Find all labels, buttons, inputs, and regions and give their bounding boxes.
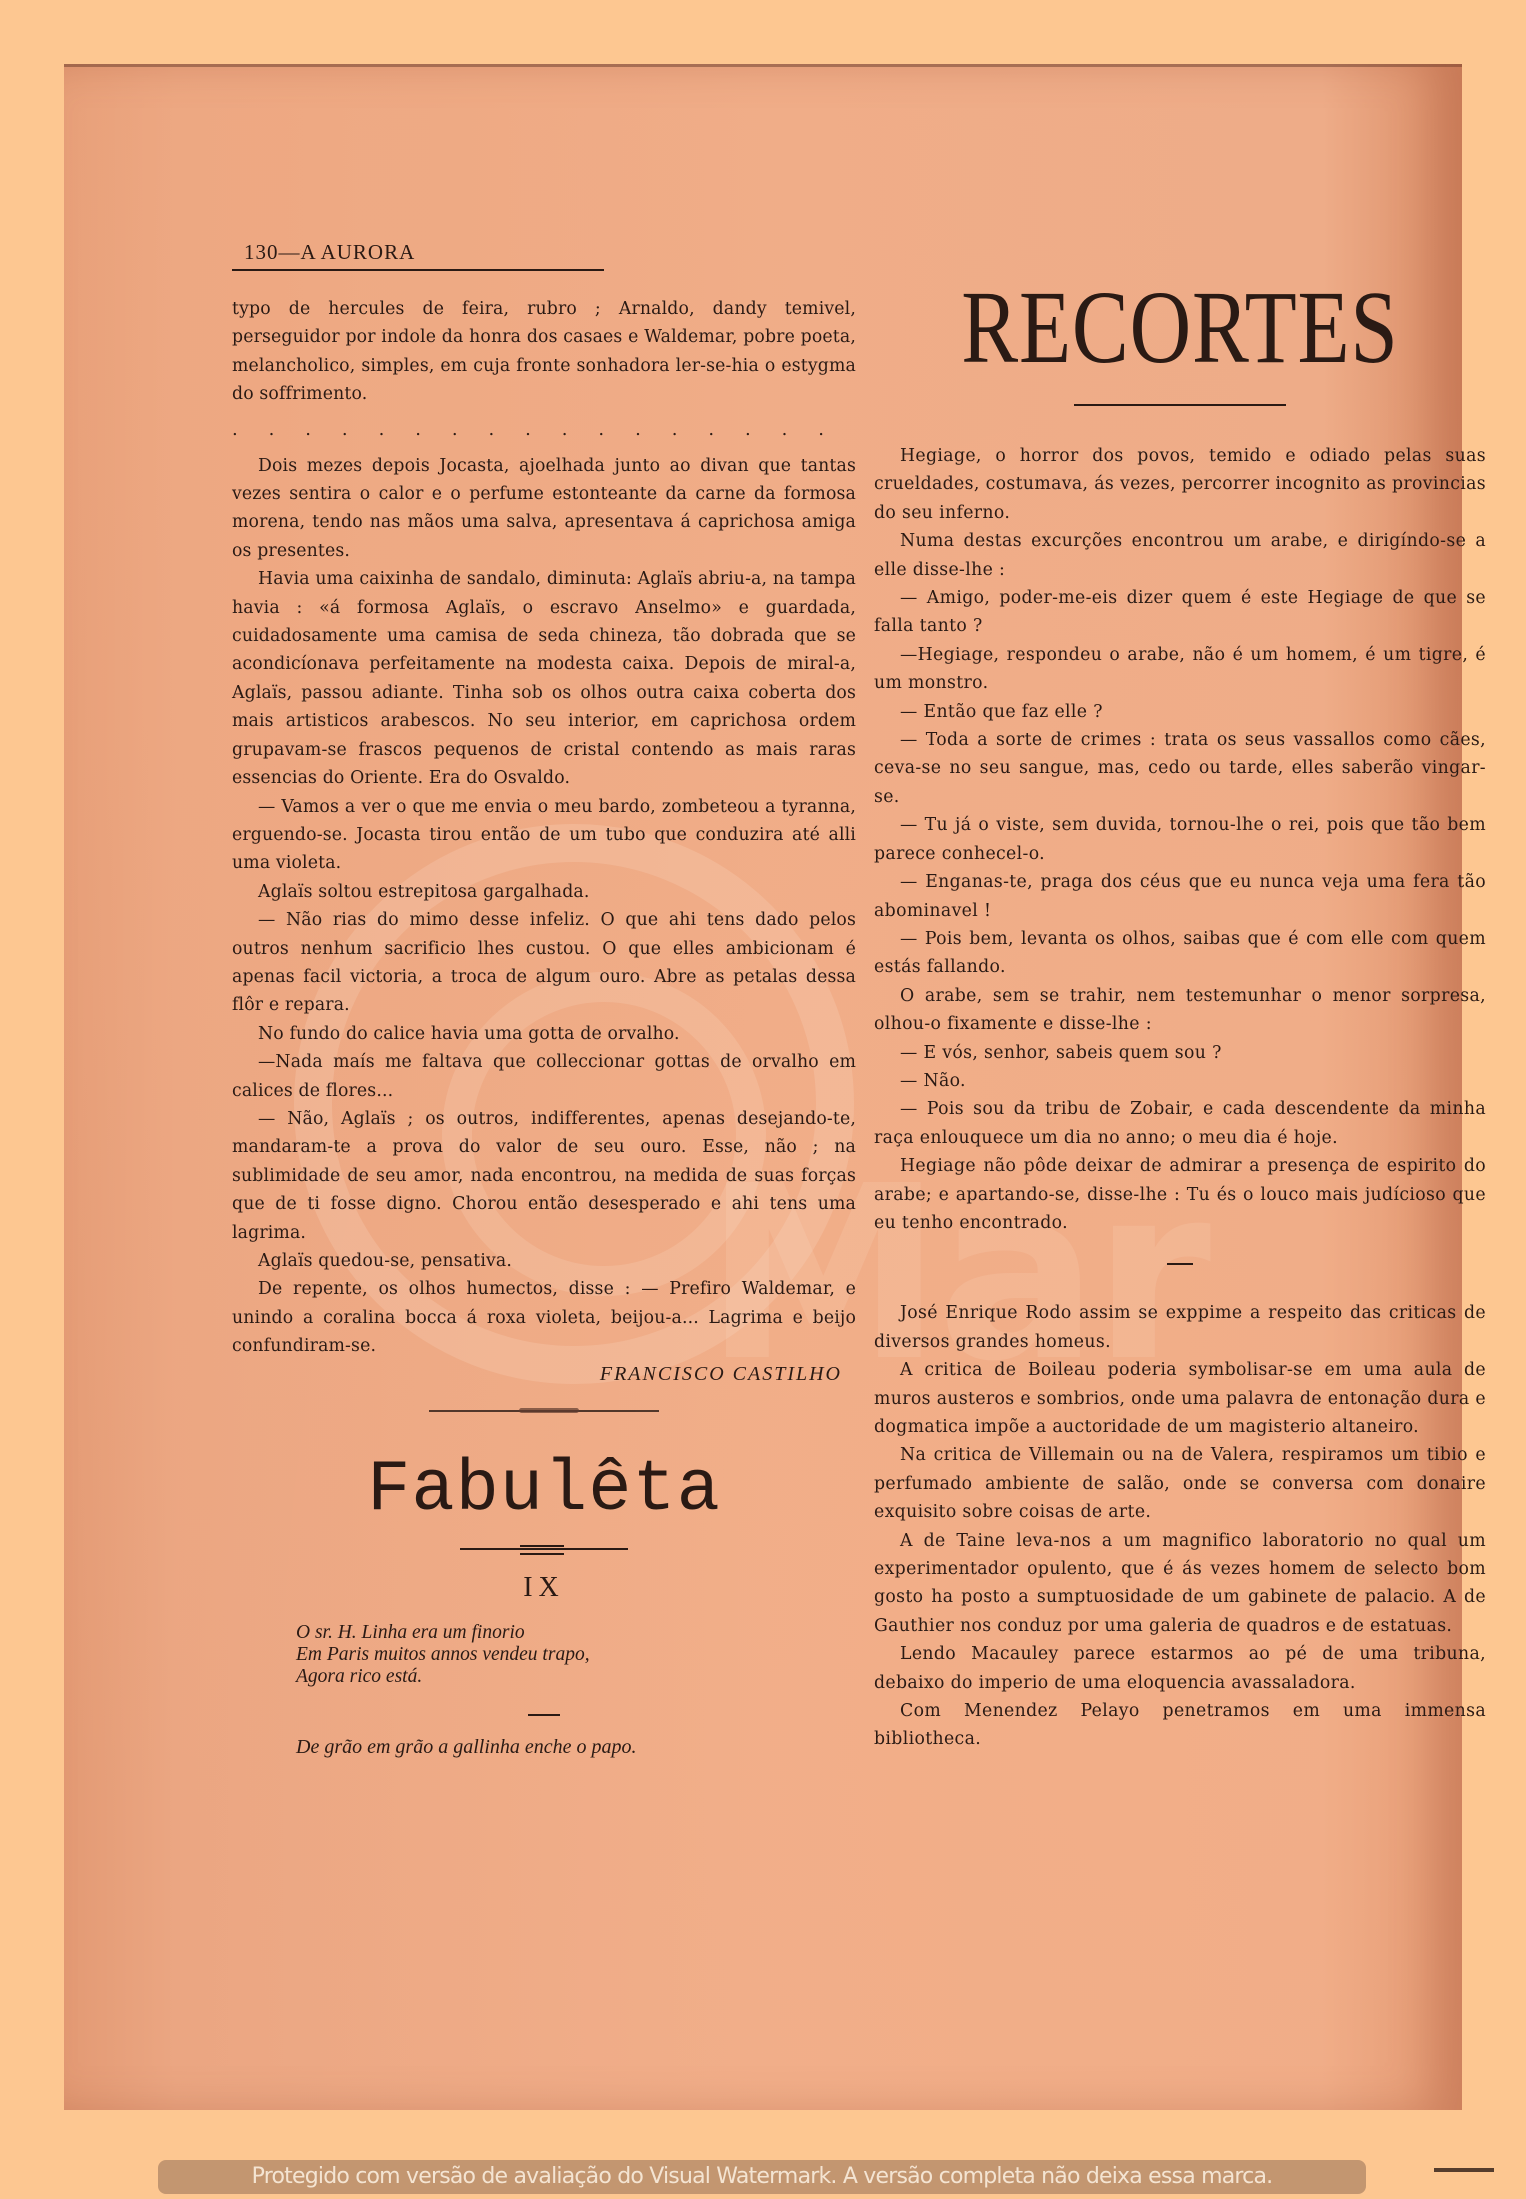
short-divider xyxy=(528,1714,560,1716)
story-paragraph: Hegiage não pôde deixar de admirar a pre… xyxy=(874,1152,1486,1237)
criticism-paragraph: José Enrique Rodo assim se exppime a res… xyxy=(874,1299,1486,1356)
story-paragraph: — Não. xyxy=(874,1067,1486,1095)
story-paragraph: —Nada maís me faltava que colleccionar g… xyxy=(232,1048,856,1105)
opening-paragraph: typo de hercules de feira, rubro ; Arnal… xyxy=(232,295,856,409)
story-paragraph: — Não, Aglaïs ; os outros, indifferentes… xyxy=(232,1105,856,1247)
author-signature: FRANCISCO CASTILHO xyxy=(232,1363,856,1386)
hegiage-story: Hegiage, o horror dos povos, temido e od… xyxy=(874,442,1486,1237)
story-paragraph: —Hegiage, respondeu o arabe, não é um ho… xyxy=(874,641,1486,698)
evaluation-watermark-banner: Protegido com versão de avaliação do Vis… xyxy=(158,2160,1366,2194)
criticism-paragraph: A critica de Boileau poderia symbolisar-… xyxy=(874,1356,1486,1441)
short-divider xyxy=(1167,1263,1193,1265)
story-paragraph: Aglaïs soltou estrepitosa gargalhada. xyxy=(232,878,856,906)
rodo-criticism: José Enrique Rodo assim se exppime a res… xyxy=(874,1299,1486,1754)
story-paragraph: — Não rias do mimo desse infeliz. O que … xyxy=(232,906,856,1020)
story-paragraph: Dois mezes depois Jocasta, ajoelhada jun… xyxy=(232,452,856,566)
fabuleta-divider xyxy=(460,1548,628,1550)
verse-line: O sr. H. Linha era um finorio xyxy=(296,1622,856,1644)
dotted-separator: . . . . . . . . . . . . . . . . . . . . … xyxy=(232,419,856,440)
story-paragraph: Aglaïs quedou-se, pensativa. xyxy=(232,1247,856,1275)
story-paragraph: Hegiage, o horror dos povos, temido e od… xyxy=(874,442,1486,527)
story-paragraph: — Amigo, poder-me-eis dizer quem é este … xyxy=(874,584,1486,641)
scanned-page: Mar 130—A AURORA typo de hercules de fei… xyxy=(64,64,1462,2110)
verse-line: Agora rico está. xyxy=(296,1666,856,1688)
story-paragraph: — E vós, senhor, sabeis quem sou ? xyxy=(874,1039,1486,1067)
ornament-divider xyxy=(429,1410,659,1412)
fabuleta-number: IX xyxy=(232,1572,856,1604)
story-paragraph: Havia uma caixinha de sandalo, diminuta:… xyxy=(232,565,856,792)
left-column: 130—A AURORA typo de hercules de feira, … xyxy=(232,240,856,1759)
story-paragraph: — Enganas-te, praga dos céus que eu nunc… xyxy=(874,868,1486,925)
fabuleta-moral: De grão em grão a gallinha enche o papo. xyxy=(296,1736,856,1759)
criticism-paragraph: Na critica de Villemain ou na de Valera,… xyxy=(874,1441,1486,1526)
title-underline xyxy=(1074,404,1286,406)
right-column: RECORTES Hegiage, o horror dos povos, te… xyxy=(874,264,1486,1754)
story-paragraph: — Toda a sorte de crimes : trata os seus… xyxy=(874,726,1486,811)
story-paragraph: — Tu já o viste, sem duvida, tornou-lhe … xyxy=(874,811,1486,868)
story-paragraph: No fundo do calice havia uma gotta de or… xyxy=(232,1020,856,1048)
fabuleta-verses: O sr. H. Linha era um finorio Em Paris m… xyxy=(296,1622,856,1688)
story-paragraph: — Pois bem, levanta os olhos, saibas que… xyxy=(874,925,1486,982)
running-head: 130—A AURORA xyxy=(232,240,604,271)
page-edge-mark xyxy=(1434,2168,1494,2172)
story-paragraph: De repente, os olhos humectos, disse : —… xyxy=(232,1275,856,1360)
story-paragraph: — Vamos a ver o que me envia o meu bardo… xyxy=(232,793,856,878)
story-paragraph: Numa destas excurções encontrou um arabe… xyxy=(874,527,1486,584)
criticism-paragraph: Com Menendez Pelayo penetramos em uma im… xyxy=(874,1697,1486,1754)
criticism-paragraph: A de Taine leva-nos a um magnifico labor… xyxy=(874,1527,1486,1641)
story-paragraph: — Pois sou da tribu de Zobair, e cada de… xyxy=(874,1095,1486,1152)
section-title: RECORTES xyxy=(929,276,1431,380)
story-paragraph: — Então que faz elle ? xyxy=(874,698,1486,726)
verse-line: Em Paris muitos annos vendeu trapo, xyxy=(296,1644,856,1666)
fabuleta-title: Fabulêta xyxy=(232,1450,856,1530)
criticism-paragraph: Lendo Macauley parece estarmos ao pé de … xyxy=(874,1640,1486,1697)
story-paragraph: O arabe, sem se trahir, nem testemunhar … xyxy=(874,982,1486,1039)
